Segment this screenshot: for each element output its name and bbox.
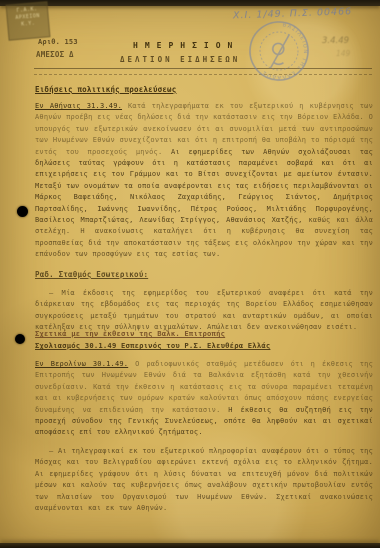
doc-number: Αριθ. 153: [38, 38, 78, 46]
punch-hole-top: [17, 206, 28, 217]
bulletin-title-line2: ΔΕΛΤΙΟΝ ΕΙΔΗΣΕΩΝ: [120, 55, 240, 64]
seal-rim-text: ΒΑΣΙΛΕΙΟΝ ΤΗΣ ΕΛΛΑΔΟΣ: [260, 20, 312, 84]
paragraph-berlin-dateline: Εν Βερολίνω 30.1.49.: [35, 360, 128, 368]
section-heading-politics: Ειδήσεις πολιτικής προελεύσεως: [35, 85, 176, 94]
pencil-date-note: 3.4.49: [322, 36, 349, 46]
paragraph-berlin: Εν Βερολίνω 30.1.49. Ο ραδιοφωνικός σταθ…: [35, 359, 373, 439]
scan-edge-bottom: [0, 543, 380, 548]
bulletin-title-line1: ΗΜΕΡΗΣΙΟΝ: [133, 41, 239, 50]
archive-stamp-box: Γ.Α.Κ. ΑΡΧΕΙΟΝ Κ.Υ.: [6, 1, 51, 41]
punch-hole-bottom: [15, 334, 25, 344]
svg-text:ΒΑΣΙΛΕΙΟΝ ΤΗΣ ΕΛΛΑΔΟΣ: ΒΑΣΙΛΕΙΟΝ ΤΗΣ ΕΛΛΑΔΟΣ: [260, 20, 312, 84]
paragraph-athens-dateline: Εν Αθήναις 31.3.49.: [35, 102, 122, 110]
section-heading-domestic-radio: Ραδ. Σταθμός Εσωτερικού:: [35, 270, 148, 279]
doc-classification: ΑΜΕΣΟΣ Δ: [36, 50, 74, 59]
round-seal-icon: ΒΑΣΙΛΕΙΟΝ ΤΗΣ ΕΛΛΑΔΟΣ: [243, 15, 315, 87]
seal-emblem-icon: [270, 32, 289, 70]
paragraph-athens: Εν Αθήναις 31.3.49. Κατά τηλεγραφήματα ε…: [35, 101, 373, 261]
subheading-balkan-report: Σχετικά με την έκθεσιν της Βαλκ. Επιτροπ…: [35, 329, 225, 338]
scan-edge-top: [0, 0, 380, 6]
subheading-broadcast-source: Σχολιασμός 30.1.49 Εσπερινός του Ρ.Σ. Ελ…: [35, 341, 270, 350]
paragraph-press: — Αι τηλεγραφικαί εκ του εξωτερικού πληρ…: [35, 446, 373, 514]
header-separator-rule: [34, 68, 372, 69]
header-separator-dashes: [34, 74, 372, 75]
pencil-number-note: 149: [336, 49, 350, 58]
scanned-document-page: Γ.Α.Κ. ΑΡΧΕΙΟΝ Κ.Υ. Χ.Ι. 1/49. Π.Σ. 0046…: [0, 0, 380, 548]
paragraph-athens-part2: Αι εφημερίδες των Αθηνών σχολιάζουσαι τα…: [35, 148, 373, 224]
paragraph-domestic: — Μία έκδοσις της εφημερίδος του εξωτερι…: [35, 288, 373, 334]
